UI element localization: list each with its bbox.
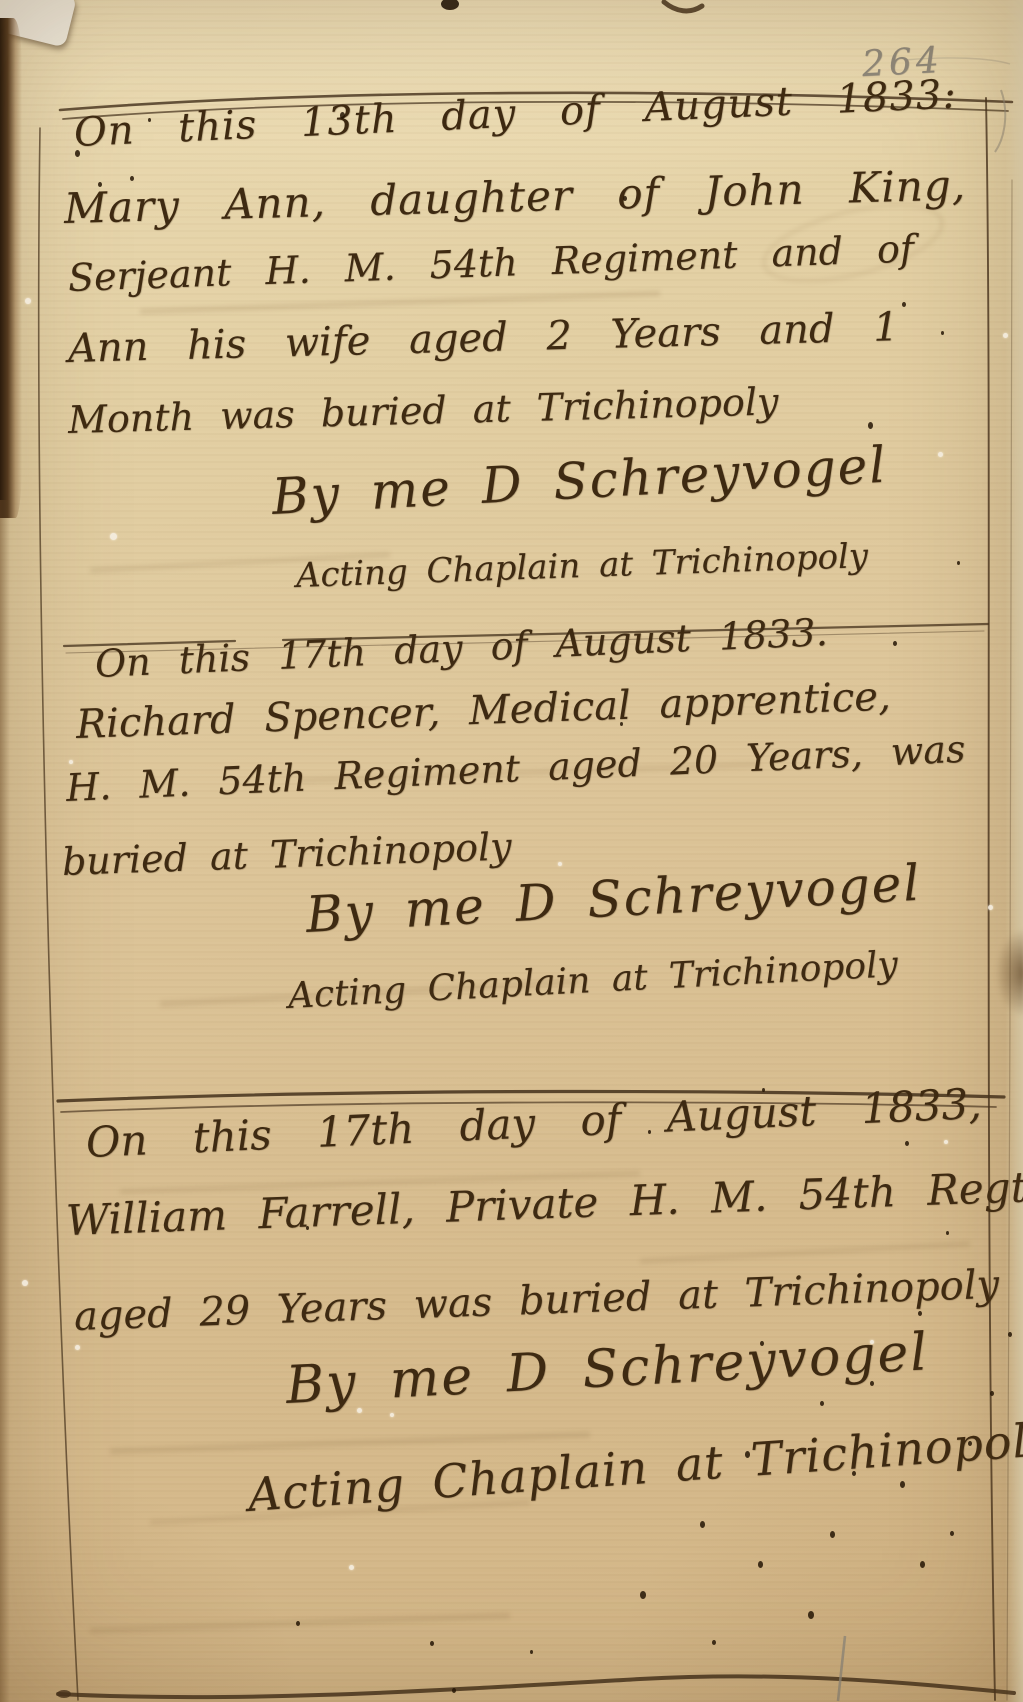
ink-spot <box>452 1688 456 1693</box>
signature-line: By me D Schreyvogel <box>270 436 888 526</box>
chaplain-title-line: Acting Chaplain at Trichinopoly <box>287 944 899 1017</box>
ink-spot <box>905 1141 909 1146</box>
book-binding-edge-lower <box>0 500 10 1702</box>
ink-bleedthrough <box>90 1613 510 1634</box>
ink-spot <box>957 561 960 565</box>
ink-spot <box>893 641 897 646</box>
chaplain-title-line: Acting Chaplain at Trichinopoly <box>246 1412 1023 1522</box>
register-page: 264 On this 13th day of August 1833: Mar… <box>0 0 1023 1702</box>
paper-hole <box>25 298 31 304</box>
ink-bleedthrough <box>640 1241 970 1263</box>
paper-hole <box>988 905 993 910</box>
ink-spot <box>990 1391 994 1396</box>
page-edge-tear-shadow <box>995 928 1023 1018</box>
entry-line: On this 17th day of August 1833. <box>94 610 828 686</box>
paper-hole <box>1003 333 1008 338</box>
chaplain-title-line: Acting Chaplain at Trichinopoly <box>295 536 868 596</box>
entry-line: Month was buried at Trichinopoly <box>67 379 779 442</box>
entry-line: buried at Trichinopoly <box>61 824 512 884</box>
entry-line: On this 17th day of August 1833, <box>85 1079 983 1167</box>
paper-hole <box>558 862 562 866</box>
ink-spot <box>530 1650 533 1654</box>
ink-spot <box>820 1401 824 1406</box>
ink-spot <box>950 1531 954 1536</box>
ink-spot <box>868 422 873 429</box>
signature-line: By me D Schreyvogel <box>284 1322 930 1416</box>
ink-spot <box>902 302 906 307</box>
ink-spot <box>920 1561 925 1568</box>
ink-spot <box>700 1521 705 1528</box>
paper-hole <box>22 1280 28 1286</box>
paper-hole <box>390 1413 394 1417</box>
paper-hole <box>69 760 73 764</box>
book-binding-edge <box>0 18 22 518</box>
ink-spot <box>1008 1332 1012 1337</box>
ink-spot <box>900 1481 905 1488</box>
paper-hole <box>944 1140 948 1144</box>
entry-line: William Farrell, Private H. M. 54th Regt <box>65 1162 1023 1245</box>
paper-hole <box>938 452 943 457</box>
ink-spot <box>758 1561 763 1568</box>
ink-spot <box>946 1231 949 1235</box>
ink-spot <box>130 176 134 181</box>
entry-line: Mary Ann, daughter of John King, <box>63 160 966 233</box>
ink-spot <box>296 1621 300 1626</box>
ink-spot <box>430 1641 434 1646</box>
paper-hole <box>349 1565 354 1570</box>
ink-spot <box>808 1611 814 1619</box>
ink-spot <box>712 1640 716 1645</box>
paper-hole <box>110 533 117 540</box>
ink-spot <box>918 1311 922 1316</box>
ink-spot <box>941 331 944 335</box>
paper-hole <box>75 1345 80 1350</box>
entry-line: Serjeant H. M. 54th Regiment and of <box>67 226 914 300</box>
entry-line: On this 13th day of August 1833: <box>73 71 958 155</box>
ink-spot <box>640 1591 646 1599</box>
entry-line: Ann his wife aged 2 Years and 1 <box>67 304 899 372</box>
underlying-page-corner <box>0 0 77 48</box>
ink-spot <box>830 1531 835 1538</box>
